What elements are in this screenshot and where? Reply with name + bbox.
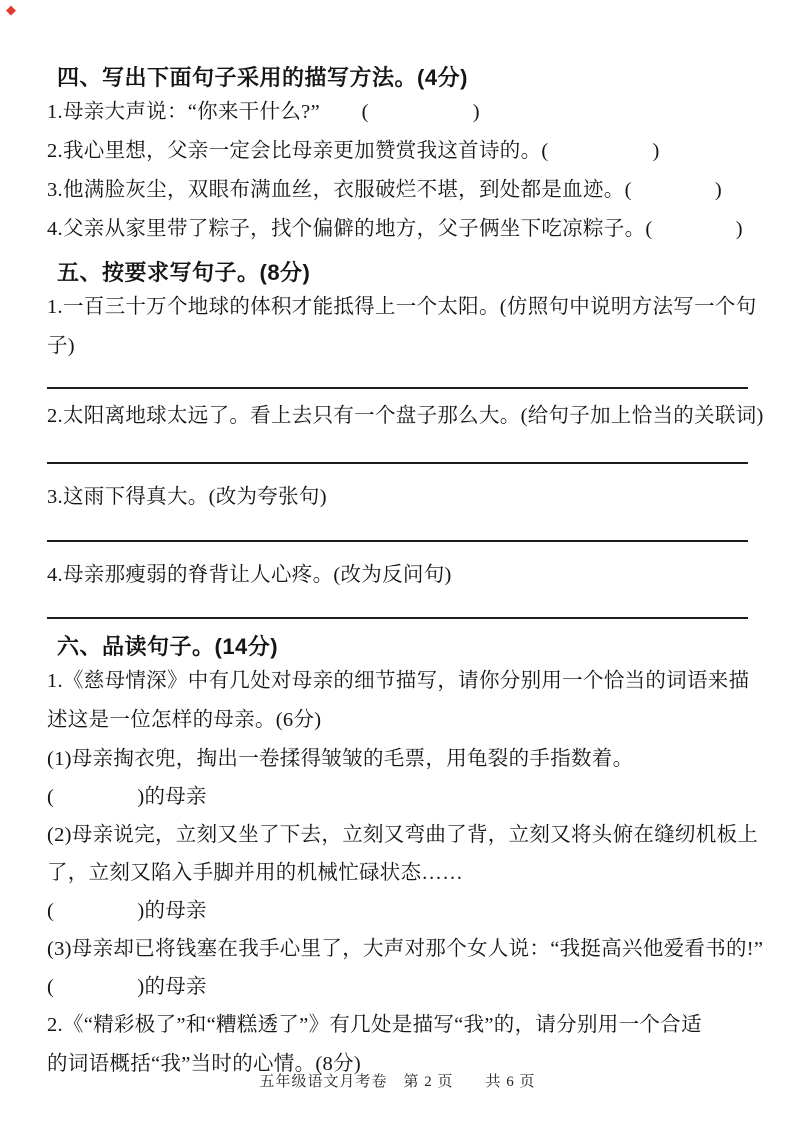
answer-line-3 [47,540,748,542]
answer-blank-3: ( )的母亲 [47,968,748,1006]
section4-q3: 3.他满脸灰尘，双眼布满血丝，衣服破烂不堪，到处都是血迹。( ) [47,171,748,210]
section4-q4: 4.父亲从家里带了粽子，找个偏僻的地方，父子俩坐下吃凉粽子。( ) [47,210,748,249]
answer-line-2 [47,462,748,464]
section5-q2: 2.太阳离地球太远了。看上去只有一个盘子那么大。(给句子加上恰当的关联词) [47,397,748,436]
section4-q1: 1.母亲大声说：“你来干什么?” ( ) [47,93,748,132]
section6-title: 六、品读句子。(14分) [47,632,748,662]
section6-q1-sub3: (3)母亲却已将钱塞在我手心里了，大声对那个女人说：“我挺高兴他爱看书的!” [47,930,748,968]
section6-q1-line1: 1.《慈母情深》中有几处对母亲的细节描写，请你分别用一个恰当的词语来描 [47,662,748,701]
answer-blank-2: ( )的母亲 [47,892,748,930]
section5-title: 五、按要求写句子。(8分) [47,258,748,288]
section6-q1-sub1: (1)母亲掏衣兜，掏出一卷揉得皱皱的毛票，用龟裂的手指数着。 [47,740,748,778]
section5-q1-line2: 子) [47,327,748,366]
section5-q1-line1: 1.一百三十万个地球的体积才能抵得上一个太阳。(仿照句中说明方法写一个句 [47,288,748,327]
section5-q4: 4.母亲那瘦弱的脊背让人心疼。(改为反问句) [47,556,748,595]
answer-blank-1: ( )的母亲 [47,778,748,816]
section5-q3: 3.这雨下得真大。(改为夸张句) [47,478,748,517]
answer-line-4 [47,617,748,619]
section6-q1-line2: 述这是一位怎样的母亲。(6分) [47,701,748,740]
section4-title: 四、写出下面句子采用的描写方法。(4分) [47,63,748,93]
corner-diamond-icon: ◆ [6,4,16,17]
exam-page: ◆ 四、写出下面句子采用的描写方法。(4分) 1.母亲大声说：“你来干什么?” … [0,0,793,1122]
answer-line-1 [47,387,748,389]
section6-q1-sub2-line2: 了，立刻又陷入手脚并用的机械忙碌状态…… [47,854,748,892]
section6-q2-line1: 2.《“精彩极了”和“糟糕透了”》有几处是描写“我”的，请分别用一个合适 [47,1006,748,1045]
section4-q2: 2.我心里想，父亲一定会比母亲更加赞赏我这首诗的。( ) [47,132,748,171]
section6-q1-sub2-line1: (2)母亲说完，立刻又坐了下去，立刻又弯曲了背，立刻又将头俯在缝纫机板上 [47,816,748,854]
